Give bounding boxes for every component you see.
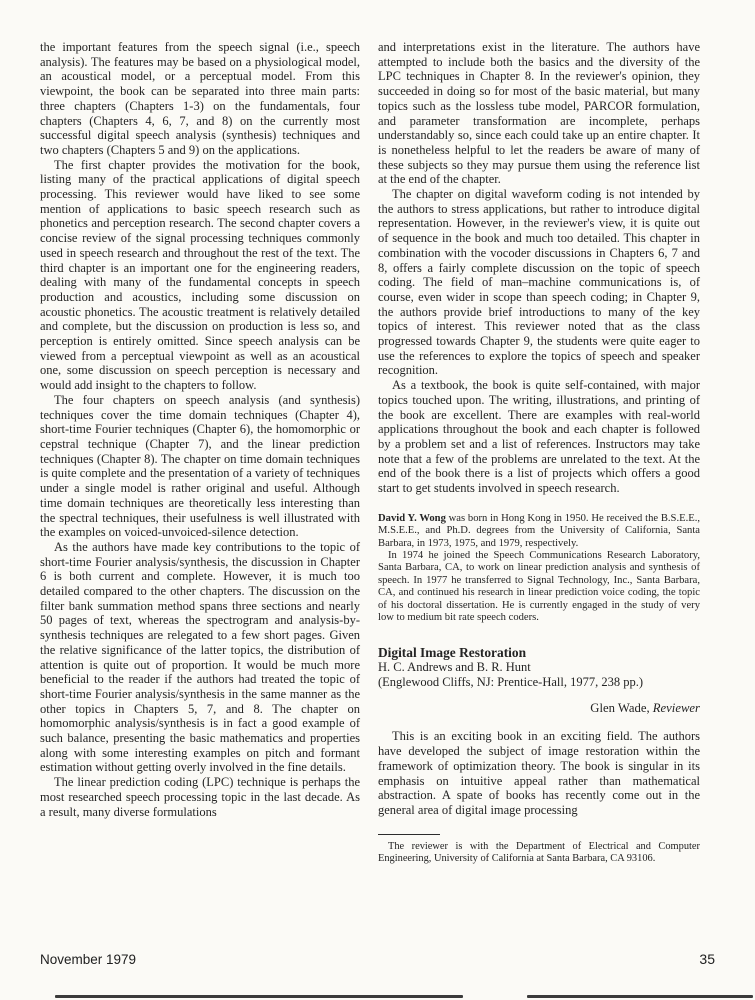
two-column-text-block: the important features from the speech s… xyxy=(40,40,700,866)
page-footer: November 1979 35 xyxy=(40,951,715,967)
scan-artifact-line xyxy=(55,995,463,998)
footer-issue-date: November 1979 xyxy=(40,952,136,967)
paragraph: the important features from the speech s… xyxy=(40,40,360,158)
reviewer-byline: Glen Wade, Reviewer xyxy=(378,701,700,716)
paragraph: and interpretations exist in the literat… xyxy=(378,40,700,187)
book-publisher-line: (Englewood Cliffs, NJ: Prentice-Hall, 19… xyxy=(378,675,700,690)
review-header: Digital Image Restoration H. C. Andrews … xyxy=(378,645,700,716)
left-column: the important features from the speech s… xyxy=(40,40,360,866)
paragraph: As the authors have made key contributio… xyxy=(40,540,360,775)
paragraph: The first chapter provides the motivatio… xyxy=(40,158,360,393)
footnote-rule-divider xyxy=(378,834,440,835)
magazine-page: the important features from the speech s… xyxy=(0,0,755,1000)
paragraph: This is an exciting book in an exciting … xyxy=(378,729,700,817)
paragraph: The linear prediction coding (LPC) techn… xyxy=(40,775,360,819)
reviewer-name: Glen Wade, xyxy=(590,701,653,715)
footnote-text: The reviewer is with the Department of E… xyxy=(378,841,700,866)
paragraph: The four chapters on speech analysis (an… xyxy=(40,393,360,540)
review-body: This is an exciting book in an exciting … xyxy=(378,729,700,817)
bio-paragraph: David Y. Wong was born in Hong Kong in 1… xyxy=(378,513,700,550)
right-column: and interpretations exist in the literat… xyxy=(378,40,700,866)
paragraph: As a textbook, the book is quite self-co… xyxy=(378,378,700,496)
review-title: Digital Image Restoration xyxy=(378,645,700,660)
bio-author-name: David Y. Wong xyxy=(378,513,446,524)
scan-artifact-line xyxy=(527,995,753,998)
bio-paragraph: In 1974 he joined the Speech Communicati… xyxy=(378,550,700,624)
footnote: The reviewer is with the Department of E… xyxy=(378,834,700,866)
book-authors: H. C. Andrews and B. R. Hunt xyxy=(378,660,700,675)
reviewer-biography: David Y. Wong was born in Hong Kong in 1… xyxy=(378,513,700,625)
reviewer-role: Reviewer xyxy=(653,701,700,715)
footer-page-number: 35 xyxy=(699,951,715,967)
paragraph: The chapter on digital waveform coding i… xyxy=(378,187,700,378)
